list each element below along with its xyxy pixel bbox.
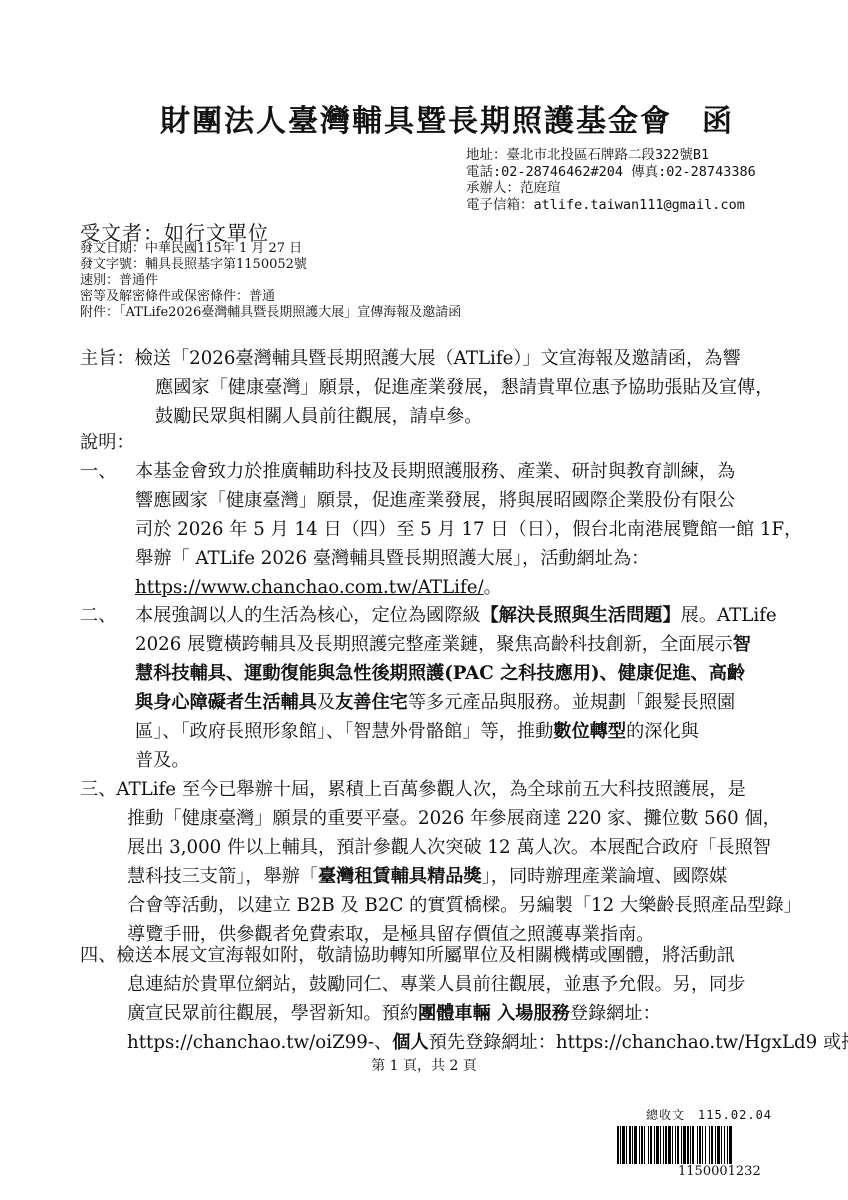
explanation-label: 說明： xyxy=(80,428,780,457)
body-text: 區」、「政府長照形象館」、「智慧外骨骼館」等，推動 xyxy=(135,721,553,742)
contact-block: 地址：臺北市北投區石牌路二段322號B1 電話:02-28746462#204 … xyxy=(466,147,756,213)
body-text: 登錄網址： xyxy=(570,1003,661,1024)
subject-line: 鼓勵民眾與相關人員前往觀展，請卓參。 xyxy=(80,402,780,431)
receipt-stamp: 總收文 115.02.04 xyxy=(646,1106,772,1123)
item-line: 響應國家「健康臺灣」願景，促進產業發展，將與展昭國際企業股份有限公 xyxy=(80,486,802,515)
body-text: 的深化與 xyxy=(626,721,699,742)
body-text: 。 xyxy=(484,577,502,598)
emphasis-text: 友善住宅 xyxy=(335,692,408,713)
item-line: 推動「健康臺灣」願景的重要平臺。2026 年參展商達 220 家、攤位數 560… xyxy=(80,804,802,833)
body-text: ATLife 至今已舉辦十屆，累積上百萬參觀人次，為全球前五大科技照護展，是 xyxy=(116,779,745,800)
item-line: 息連結於貴單位網站，鼓勵同仁、專業人員前往觀展，並惠予允假。另，同步 xyxy=(80,970,848,999)
item-line: 慧科技輔具、運動復能與急性後期照護(PAC 之科技應用)、健康促進、高齡 xyxy=(80,659,777,688)
body-text: 息連結於貴單位網站，鼓勵同仁、專業人員前往觀展，並惠予允假。另，同步 xyxy=(127,974,745,995)
event-link[interactable]: https://www.chanchao.com.tw/ATLife/ xyxy=(135,577,484,598)
issue-date: 發文日期：中華民國115年 1 月 27 日 xyxy=(80,241,461,257)
item-line: 2026 展覽橫跨輔具及長期照護完整產業鏈，聚焦高齡科技創新，全面展示智 xyxy=(80,630,777,659)
document-number: 發文字號：輔具長照基字第1150052號 xyxy=(80,257,461,273)
item-number: 三、 xyxy=(80,775,116,804)
emphasis-text: 臺灣租賃輔具精品獎 xyxy=(318,866,482,887)
item-number: 一、 xyxy=(80,457,135,486)
body-text: 及 xyxy=(317,692,335,713)
document-meta: 發文日期：中華民國115年 1 月 27 日 發文字號：輔具長照基字第11500… xyxy=(80,241,461,321)
item-line: 與身心障礙者生活輔具及友善住宅等多元產品與服務。並規劃「銀髮長照園 xyxy=(80,688,777,717)
body-text: 合會等活動，以建立 B2B 及 B2C 的實質橋樑。另編製「12 大樂齡長照產品… xyxy=(127,895,802,916)
item-line: 三、ATLife 至今已舉辦十屆，累積上百萬參觀人次，為全球前五大科技照護展，是 xyxy=(80,775,802,804)
subject-line: 檢送「2026臺灣輔具暨長期照護大展（ATLife）」文宣海報及邀請函，為響 xyxy=(135,348,741,369)
body-text: 廣宣民眾前往觀展，學習新知。預約 xyxy=(127,1003,418,1024)
item-line: 合會等活動，以建立 B2B 及 B2C 的實質橋樑。另編製「12 大樂齡長照產品… xyxy=(80,891,802,920)
doc-type: 函 xyxy=(702,104,734,139)
confidentiality: 密等及解密條件或保密條件：普通 xyxy=(80,289,461,305)
org-title: 財團法人臺灣輔具暨長期照護基金會 xyxy=(160,104,672,139)
explanation-item: 二、本展強調以人的生活為核心，定位為國際級【解決長照與生活問題】展。ATLife… xyxy=(80,601,777,775)
explanation-item: 三、ATLife 至今已舉辦十屆，累積上百萬參觀人次，為全球前五大科技照護展，是… xyxy=(80,775,802,949)
item-line: https://www.chanchao.com.tw/ATLife/。 xyxy=(80,573,802,602)
body-text: 」，同時辦理產業論壇、國際媒 xyxy=(482,866,728,887)
subject-line: 應國家「健康臺灣」願景，促進產業發展，懇請貴單位惠予協助張貼及宣傳， xyxy=(80,373,780,402)
contact-email: 電子信箱：atlife.taiwan111@gmail.com xyxy=(466,197,756,214)
barcode-number: 1150001232 xyxy=(678,1164,761,1179)
body-text: 推動「健康臺灣」願景的重要平臺。2026 年參展商達 220 家、攤位數 560… xyxy=(127,808,781,829)
item-line: 展出 3,000 件以上輔具，預計參觀人次突破 12 萬人次。本展配合政府「長照… xyxy=(80,833,802,862)
emphasis-text: 智 xyxy=(733,634,751,655)
item-line: 司於 2026 年 5 月 14 日（四）至 5 月 17 日（日），假台北南港… xyxy=(80,515,802,544)
item-line: 二、本展強調以人的生活為核心，定位為國際級【解決長照與生活問題】展。ATLife xyxy=(80,601,777,630)
item-line: 一、本基金會致力於推廣輔助科技及長期照護服務、產業、研討與教育訓練，為 xyxy=(80,457,802,486)
item-line: 普及。 xyxy=(80,746,777,775)
body-text: 等多元產品與服務。並規劃「銀髮長照園 xyxy=(408,692,735,713)
body-text: 舉辦「 ATLife 2026 臺灣輔具暨長期照護大展」，活動網址為： xyxy=(135,548,649,569)
body-text: 2026 展覽橫跨輔具及長期照護完整產業鏈，聚焦高齡科技創新，全面展示 xyxy=(135,634,733,655)
emphasis-text: 與身心障礙者生活輔具 xyxy=(135,692,317,713)
barcode xyxy=(617,1126,807,1164)
body-text: 普及。 xyxy=(135,750,190,771)
emphasis-text: 【解決長照與生活問題】 xyxy=(481,605,681,626)
body-text: 司於 2026 年 5 月 14 日（四）至 5 月 17 日（日），假台北南港… xyxy=(135,519,802,540)
explanation-item: 一、本基金會致力於推廣輔助科技及長期照護服務、產業、研討與教育訓練，為響應國家「… xyxy=(80,457,802,602)
item-line: 慧科技三支箭」，舉辦「臺灣租賃輔具精品獎」，同時辦理產業論壇、國際媒 xyxy=(80,862,802,891)
item-line: 四、檢送本展文宣海報如附，敬請協助轉知所屬單位及相關機構或團體，將活動訊 xyxy=(80,941,848,970)
body-text: https://chanchao.tw/oiZ99-、 xyxy=(127,1032,392,1053)
attachment: 附件：「ATLife2026臺灣輔具暨長期照護大展」宣傳海報及邀請函 xyxy=(80,305,461,321)
item-line: 區」、「政府長照形象館」、「智慧外骨骼館」等，推動數位轉型的深化與 xyxy=(80,717,777,746)
urgency: 速別：普通件 xyxy=(80,273,461,289)
emphasis-text: 慧科技輔具、運動復能與急性後期照護(PAC 之科技應用)、健康促進、高齡 xyxy=(135,663,745,684)
item-line: 舉辦「 ATLife 2026 臺灣輔具暨長期照護大展」，活動網址為： xyxy=(80,544,802,573)
body-text: 展。ATLife xyxy=(681,605,777,626)
emphasis-text: 個人 xyxy=(392,1032,428,1053)
item-number: 四、 xyxy=(80,941,116,970)
page-number: 第 1 頁，共 2 頁 xyxy=(0,1055,848,1075)
body-text: 慧科技三支箭」，舉辦「 xyxy=(127,866,318,887)
subject-section: 主旨：檢送「2026臺灣輔具暨長期照護大展（ATLife）」文宣海報及邀請函，為… xyxy=(80,344,780,431)
item-line: 廣宣民眾前往觀展，學習新知。預約團體車輛 入場服務登錄網址： xyxy=(80,999,848,1028)
body-text: 本展強調以人的生活為核心，定位為國際級 xyxy=(135,605,481,626)
explanation-item: 四、檢送本展文宣海報如附，敬請協助轉知所屬單位及相關機構或團體，將活動訊息連結於… xyxy=(80,941,848,1057)
contact-address: 地址：臺北市北投區石牌路二段322號B1 xyxy=(466,147,756,164)
body-text: 本基金會致力於推廣輔助科技及長期照護服務、產業、研討與教育訓練，為 xyxy=(135,461,735,482)
emphasis-text: 數位轉型 xyxy=(553,721,626,742)
body-text: 響應國家「健康臺灣」願景，促進產業發展，將與展昭國際企業股份有限公 xyxy=(135,490,735,511)
contact-handler: 承辦人：范庭瑄 xyxy=(466,180,756,197)
item-number: 二、 xyxy=(80,601,135,630)
contact-phone: 電話:02-28746462#204 傳真:02-28743386 xyxy=(466,164,756,181)
subject-label: 主旨： xyxy=(80,348,135,369)
body-text: 展出 3,000 件以上輔具，預計參觀人次突破 12 萬人次。本展配合政府「長照… xyxy=(127,837,771,858)
body-text: 檢送本展文宣海報如附，敬請協助轉知所屬單位及相關機構或團體，將活動訊 xyxy=(116,945,734,966)
emphasis-text: 團體車輛 入場服務 xyxy=(418,1003,570,1024)
document-title: 財團法人臺灣輔具暨長期照護基金會函 xyxy=(160,96,734,140)
item-line: https://chanchao.tw/oiZ99-、個人預先登錄網址：http… xyxy=(80,1028,848,1057)
body-text: 預先登錄網址：https://chanchao.tw/HgxLd9 或掃 xyxy=(429,1032,848,1053)
